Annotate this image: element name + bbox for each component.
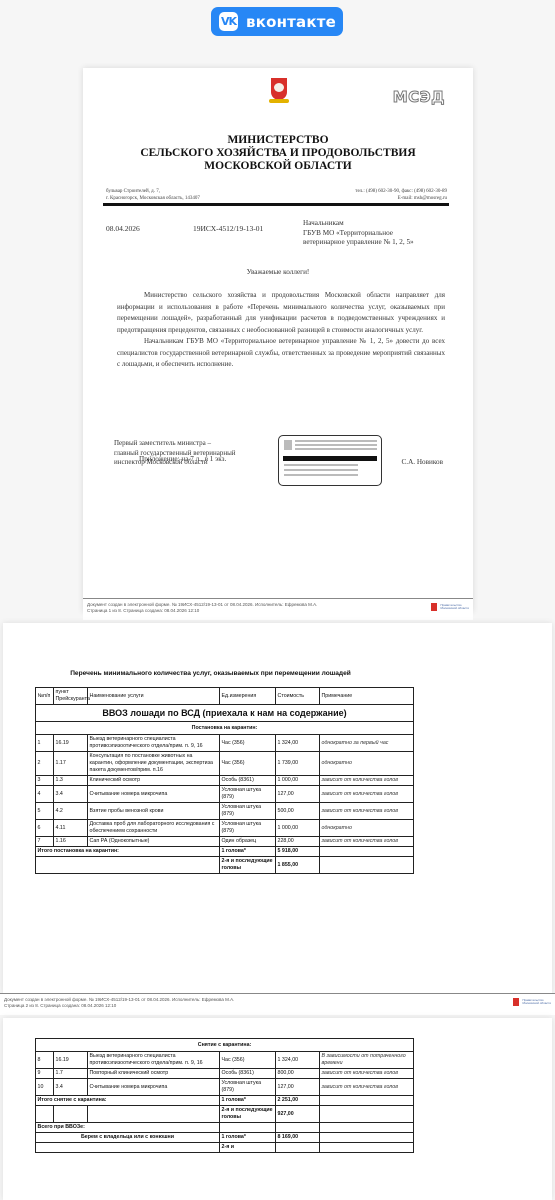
addressee: Начальникам ГБУВ МО «Территориальное вет…: [303, 219, 414, 248]
document-page-1: МСЭД МИНИСТЕРСТВО СЕЛЬСКОГО ХОЗЯЙСТВА И …: [83, 68, 473, 612]
note: однократно: [320, 820, 414, 837]
service-name: Доставка проб для лабораторного исследов…: [88, 820, 220, 837]
price-list-item: 3.4: [54, 786, 88, 803]
service-name: Повторный клинический осмотр: [88, 1069, 220, 1079]
logo-text: Московской области: [522, 1002, 551, 1006]
total-row: 2-я и последующие головы 927,00: [36, 1106, 414, 1123]
grand-total-sublabel: Берем с владельца или с конюшни: [36, 1133, 220, 1143]
ministry-line: МИНИСТЕРСТВО: [83, 134, 473, 147]
row-number: 10: [36, 1079, 54, 1096]
mesd-logo: МСЭД: [393, 88, 445, 106]
row-number: 8: [36, 1052, 54, 1069]
body-paragraph: Начальникам ГБУВ МО «Территориальное вет…: [117, 336, 445, 371]
header-cell: пункт Прейскуранта: [54, 688, 88, 705]
ministry-heading: МИНИСТЕРСТВО СЕЛЬСКОГО ХОЗЯЙСТВА И ПРОДО…: [83, 134, 473, 173]
government-emblem-icon: [431, 603, 437, 611]
footer-line: Документ создан в электронной форме. № 1…: [87, 602, 317, 608]
price-list-item: 1.3: [54, 776, 88, 786]
address-line: г. Красногорск, Московская область, 1434…: [106, 195, 200, 202]
coat-of-arms-base: [269, 99, 289, 103]
service-name: Выезд ветеринарного специалиста противоэ…: [88, 1052, 220, 1069]
note: зависит от количества голов: [320, 786, 414, 803]
table-header-row: №п/п пункт Прейскуранта Наименование усл…: [36, 688, 414, 705]
price-list-item: 1.16: [54, 837, 88, 847]
footer-text: Документ создан в электронной форме. № 1…: [87, 602, 317, 613]
price-list-item: 1.7: [54, 1069, 88, 1079]
government-emblem-icon: [513, 998, 519, 1006]
unit: Особь (8361): [220, 776, 276, 786]
footer-line: Страница 1 из 8. Страница создана: 08.04…: [87, 608, 317, 614]
letter-body: Министерство сельского хозяйства и продо…: [117, 290, 445, 371]
page-footer-1: Документ создан в электронной форме. № 1…: [83, 598, 473, 620]
quarantine-in-rows: 116.19Выезд ветеринарного специалиста пр…: [36, 735, 414, 847]
unit: Особь (8361): [220, 1069, 276, 1079]
row-number: 4: [36, 786, 54, 803]
footer-line: Страница 2 из 8. Страница создана: 08.04…: [4, 1003, 234, 1009]
signer-name: С.А. Новиков: [401, 458, 443, 466]
addressee-line: Начальникам: [303, 219, 414, 229]
grand-total-value: 8 169,00: [276, 1133, 320, 1143]
document-page-2: Перечень минимального количества услуг, …: [3, 623, 552, 993]
grand-total-label-row: Всего при ВВОЗе:: [36, 1123, 414, 1133]
total-unit: 1 голова*: [220, 1096, 276, 1106]
price-list-item: 3.4: [54, 1079, 88, 1096]
service-name: Консультация по постановке животных на к…: [88, 752, 220, 776]
table-row: 31.3Клинический осмотрОсобь (8361)1 000,…: [36, 776, 414, 786]
table-title: Перечень минимального количества услуг, …: [3, 670, 418, 677]
note: зависит от количества голов: [320, 1069, 414, 1079]
table-row: 71.16Сап РА (Однокопытные)Один образец22…: [36, 837, 414, 847]
document-number: 19ИСХ-4512/19-13-01: [193, 224, 263, 233]
grand-total-row: 2-я и: [36, 1143, 414, 1153]
main-section-heading: ВВОЗ лошади по ВСД (приехала к нам на со…: [36, 705, 414, 722]
price: 127,00: [276, 786, 320, 803]
total-value: 5 918,00: [276, 847, 320, 857]
stamp-certificate-bar: [283, 456, 377, 461]
government-logo: ПравительствоМосковской области: [431, 603, 469, 611]
footer-rule: [0, 993, 555, 994]
price: 500,00: [276, 803, 320, 820]
row-number: 2: [36, 752, 54, 776]
stamp-text-lines: [295, 440, 377, 452]
service-name: Взятие пробы венозной крови: [88, 803, 220, 820]
header-rule: [103, 203, 449, 206]
service-name: Клинический осмотр: [88, 776, 220, 786]
address-left: бульвар Строителей, д. 7, г. Красногорск…: [106, 188, 200, 202]
total-row: 2-я и последующие головы 1 855,00: [36, 857, 414, 874]
total-unit: 1 голова*: [220, 847, 276, 857]
header-cell: Ед.измерения: [220, 688, 276, 705]
ministry-line: МОСКОВСКОЙ ОБЛАСТИ: [83, 160, 473, 173]
price: 800,00: [276, 1069, 320, 1079]
header-cell: Стоимость: [276, 688, 320, 705]
total-label: Итого постановка на карантин:: [36, 847, 220, 857]
document-date: 08.04.2026: [106, 224, 140, 233]
row-number: 6: [36, 820, 54, 837]
note: зависит от количества голов: [320, 837, 414, 847]
total-value: 927,00: [276, 1106, 320, 1123]
note: В зависимости от потраченного времени: [320, 1052, 414, 1069]
grand-total-unit: 1 голова*: [220, 1133, 276, 1143]
row-number: 1: [36, 735, 54, 752]
price: 228,00: [276, 837, 320, 847]
footer-text: Документ создан в электронной форме. № 1…: [4, 997, 234, 1008]
table-row: 816.19Выезд ветеринарного специалиста пр…: [36, 1052, 414, 1069]
service-name: Выезд ветеринарного специалиста противоэ…: [88, 735, 220, 752]
unit: Один образец: [220, 837, 276, 847]
section-heading: Постановка на карантин:: [36, 722, 414, 735]
header-cell: Наименование услуги: [88, 688, 220, 705]
document-page-3: Снятие с карантина: 816.19Выезд ветерина…: [3, 1018, 552, 1200]
table-row: 43.4Считывание номера микрочипаУсловная …: [36, 786, 414, 803]
note: зависит от количества голов: [320, 1079, 414, 1096]
price: 1 000,00: [276, 820, 320, 837]
price-list-item: 16.19: [54, 735, 88, 752]
unit: Условная штука (879): [220, 803, 276, 820]
contacts-right: тел.: (498) 602-30-90, факс: (498) 602-3…: [355, 188, 447, 202]
total-value: 1 855,00: [276, 857, 320, 874]
unit: Условная штука (879): [220, 1079, 276, 1096]
body-paragraph: Министерство сельского хозяйства и продо…: [117, 290, 445, 336]
services-table: №п/п пункт Прейскуранта Наименование усл…: [35, 687, 414, 874]
price: 1 739,00: [276, 752, 320, 776]
unit: Час (356): [220, 752, 276, 776]
vk-badge[interactable]: VK вконтакте: [211, 7, 343, 36]
note: однократно за первый час: [320, 735, 414, 752]
table-row: 64.11Доставка проб для лабораторного исс…: [36, 820, 414, 837]
note: зависит от количества голов: [320, 776, 414, 786]
table-row: 21.17Консультация по постановке животных…: [36, 752, 414, 776]
row-number: 5: [36, 803, 54, 820]
e-signature-stamp: [278, 435, 382, 486]
page-footer-2: Документ создан в электронной форме. № 1…: [0, 993, 555, 1015]
services-table-continued: Снятие с карантина: 816.19Выезд ветерина…: [35, 1038, 414, 1153]
total-unit: 2-я и последующие головы: [220, 857, 276, 874]
price-list-item: 4.11: [54, 820, 88, 837]
email-line: E-mail: msh@mosreg.ru: [355, 195, 447, 202]
addressee-line: ветеринарное управление № 1, 2, 5»: [303, 238, 414, 248]
price-list-item: 4.2: [54, 803, 88, 820]
unit: Час (356): [220, 1052, 276, 1069]
note: однократно: [320, 752, 414, 776]
unit: Условная штука (879): [220, 786, 276, 803]
phone-line: тел.: (498) 602-30-90, факс: (498) 602-3…: [355, 188, 447, 195]
table-row: 116.19Выезд ветеринарного специалиста пр…: [36, 735, 414, 752]
logo-text: Московской области: [440, 607, 469, 611]
grand-total-unit: 2-я и: [220, 1143, 276, 1153]
total-row: Итого снятие с карантина: 1 голова* 2 25…: [36, 1096, 414, 1106]
stamp-emblem-icon: [284, 440, 292, 450]
row-number: 7: [36, 837, 54, 847]
signer-title-line: главный государственный ветеринарный: [114, 449, 236, 459]
table-row: 103.4Считывание номера микрочипаУсловная…: [36, 1079, 414, 1096]
signer-title: Первый заместитель министра – главный го…: [114, 439, 236, 468]
signer-title-line: Первый заместитель министра –: [114, 439, 236, 449]
total-row: Итого постановка на карантин: 1 голова* …: [36, 847, 414, 857]
unit: Условная штука (879): [220, 820, 276, 837]
section-heading: Снятие с карантина:: [36, 1039, 414, 1052]
total-value: 2 251,00: [276, 1096, 320, 1106]
vk-brand-text: вконтакте: [246, 13, 336, 31]
total-label: Итого снятие с карантина:: [36, 1096, 220, 1106]
table-row: 54.2Взятие пробы венозной кровиУсловная …: [36, 803, 414, 820]
row-number: 3: [36, 776, 54, 786]
coat-of-arms-icon: [271, 78, 287, 100]
ministry-line: СЕЛЬСКОГО ХОЗЯЙСТВА И ПРОДОВОЛЬСТВИЯ: [83, 147, 473, 160]
service-name: Считывание номера микрочипа: [88, 786, 220, 803]
address-line: бульвар Строителей, д. 7,: [106, 188, 200, 195]
note: зависит от количества голов: [320, 803, 414, 820]
unit: Час (356): [220, 735, 276, 752]
footer-line: Документ создан в электронной форме. № 1…: [4, 997, 234, 1003]
price: 1 324,00: [276, 735, 320, 752]
price: 127,00: [276, 1079, 320, 1096]
header-cell: №п/п: [36, 688, 54, 705]
government-logo: ПравительствоМосковской области: [513, 998, 551, 1006]
quarantine-out-rows: 816.19Выезд ветеринарного специалиста пр…: [36, 1052, 414, 1096]
signer-title-line: инспектор Московской области: [114, 458, 236, 468]
price-list-item: 16.19: [54, 1052, 88, 1069]
addressee-line: ГБУВ МО «Территориальное: [303, 229, 414, 239]
price: 1 324,00: [276, 1052, 320, 1069]
greeting: Уважаемые коллеги!: [83, 268, 473, 276]
footer-rule: [83, 598, 473, 599]
service-name: Считывание номера микрочипа: [88, 1079, 220, 1096]
row-number: 9: [36, 1069, 54, 1079]
vk-logo-icon: VK: [219, 12, 238, 31]
price-list-item: 1.17: [54, 752, 88, 776]
table-row: 91.7Повторный клинический осмотрОсобь (8…: [36, 1069, 414, 1079]
header-cell: Примечание: [320, 688, 414, 705]
stamp-details: [284, 464, 376, 479]
price: 1 000,00: [276, 776, 320, 786]
service-name: Сап РА (Однокопытные): [88, 837, 220, 847]
grand-total-row: Берем с владельца или с конюшни 1 голова…: [36, 1133, 414, 1143]
grand-total-label: Всего при ВВОЗе:: [36, 1123, 220, 1133]
total-unit: 2-я и последующие головы: [220, 1106, 276, 1123]
